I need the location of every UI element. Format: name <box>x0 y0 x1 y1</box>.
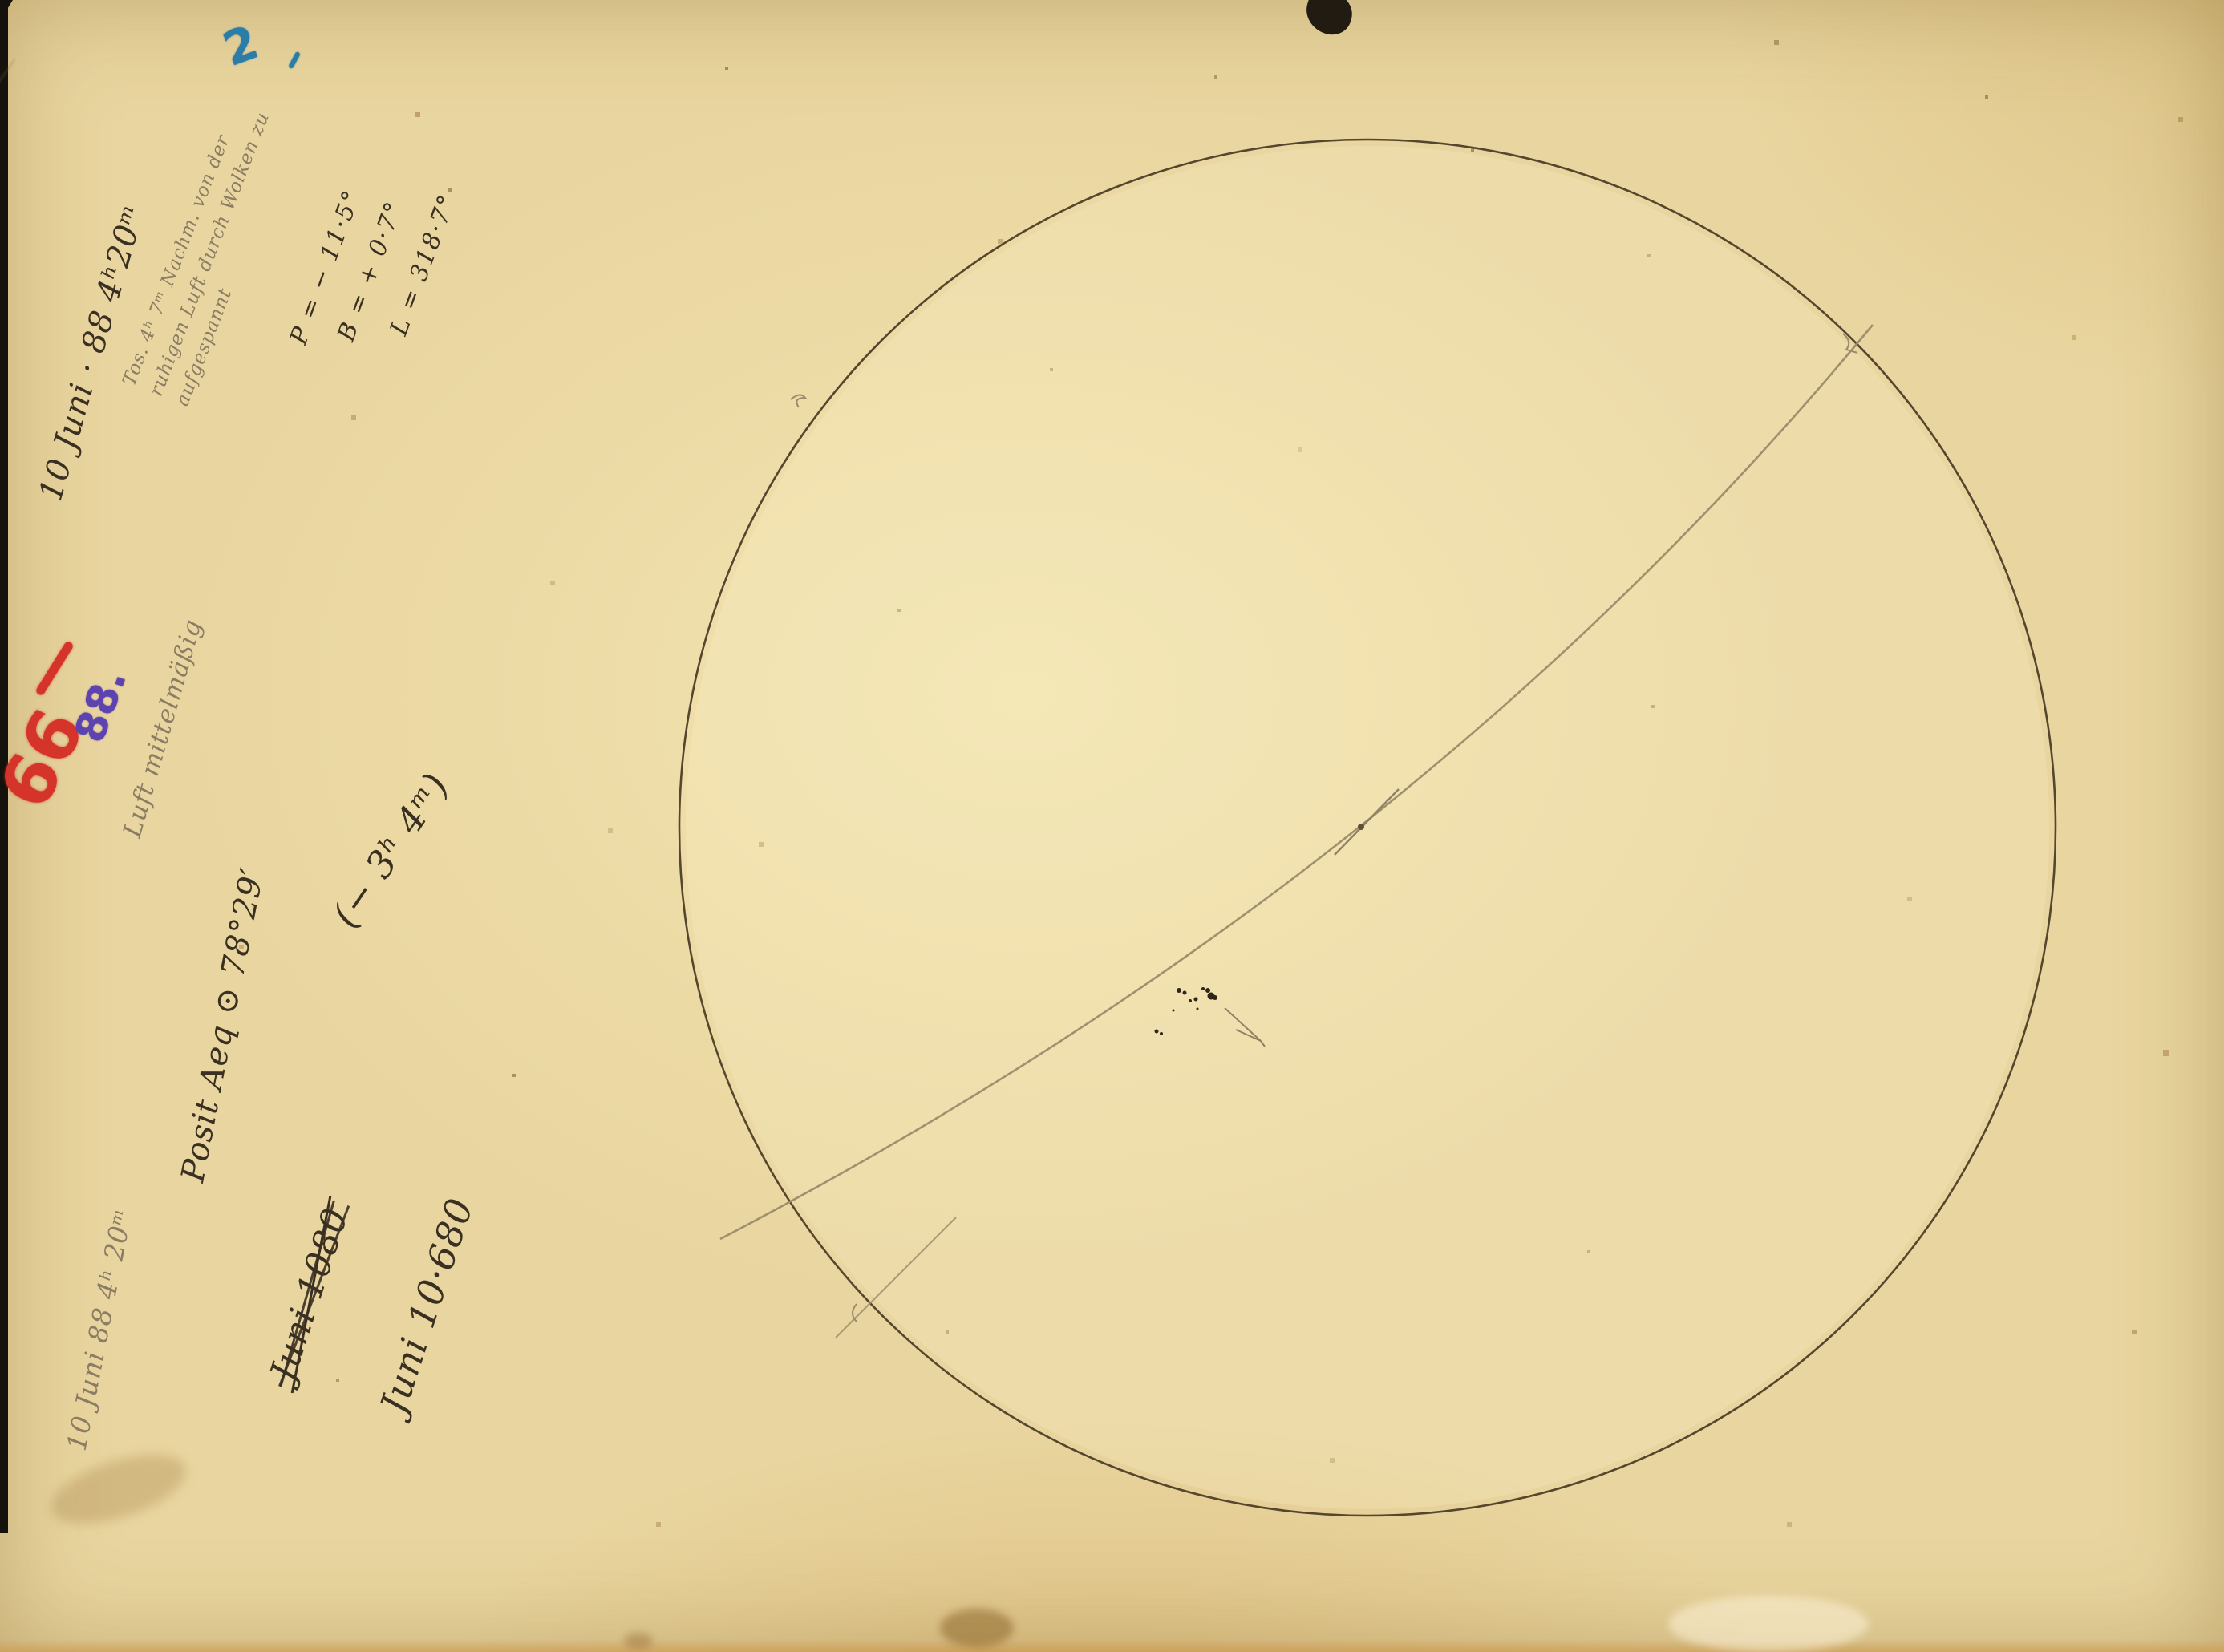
sunspot-dot <box>1183 991 1187 995</box>
sunspot-dot <box>1173 1010 1175 1012</box>
center-dot <box>1358 824 1364 830</box>
sunspot-dot <box>1197 1008 1199 1010</box>
scanned-observation-sheet: 2 10 Juni · 88 4ʰ20ᵐ Tos. 4ʰ 7ᵐ Nachm. v… <box>0 0 2224 1652</box>
sunspot-dot <box>1160 1032 1163 1035</box>
disk-sheen <box>686 146 2049 1509</box>
sunspot-dot <box>1213 995 1217 1000</box>
solar-disk-drawing <box>0 0 2224 1652</box>
sunspot-dot <box>1201 987 1205 990</box>
sunspot-dot <box>1177 988 1181 993</box>
limb-mark-upper-left <box>791 395 805 407</box>
sunspot-dot <box>1194 998 1198 1002</box>
sunspot-dot <box>1189 999 1192 1002</box>
sunspot-dot <box>1205 988 1210 993</box>
sunspot-dot <box>1155 1030 1159 1034</box>
